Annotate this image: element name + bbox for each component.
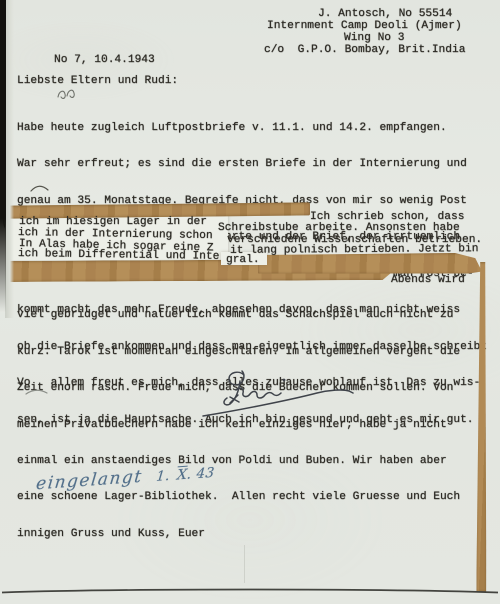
body-line: Habe heute zugleich Luftpostbriefe v. 11… [17,122,487,134]
censored-left-line: ich beim Differential und Inte [18,248,220,263]
body-line: War sehr erfreut; es sind die ersten Bri… [17,158,487,170]
censored-right-line: gral. [226,254,260,266]
sender-line: J. Antosch, No 55514 [318,8,452,20]
sender-line: c/o G.P.O. Bombay, Brit.India [264,44,465,56]
censored-right-line: Schreibstube arbeite. Ansonsten habe [218,222,460,234]
scan-left-border [0,0,6,312]
body-line: Zeit enorm rasch. Freue mich, dass die B… [17,382,460,394]
body-line: innigen Gruss und Kuss, Euer [17,528,460,540]
censored-right-line: it lang polnisch betrieben. Jetzt bin [230,243,478,257]
body-line: kurz. Tarok ist momentan eingeschlafen. … [17,346,460,358]
censored-right-line: Ich schrieb schon, dass [310,211,464,223]
fold-crease [244,545,245,583]
body-line: eine schoene Lager-Bibliothek. Allen rec… [17,491,460,503]
received-day: 1. [155,468,171,485]
salutation: Liebste Eltern und Rudi: [17,75,178,87]
paper-left-edge [5,0,14,318]
paragraph-2: viel gebridget und natuerlich kommt das … [17,285,460,565]
body-line: einmal ein anstaendiges Bild von Poldi u… [17,455,460,467]
censored-left-line: ich im hiesigen Lager in der [19,216,207,228]
letter-scan: J. Antosch, No 55514 Internment Camp Deo… [0,0,500,604]
bottom-scan-line [2,590,498,593]
letter-number-date: No 7, 10.4.1943 [54,54,155,66]
received-year: . 43 [186,465,215,483]
sender-line: Internment Camp Deoli (Ajmer) [267,20,462,32]
body-line: meinen Privatbuechern habe ich kein einz… [17,419,460,431]
body-line: viel gebridget und natuerlich kommt das … [17,309,460,321]
sender-line: Wing No 3 [344,32,404,44]
abends-line: Abends wird [391,274,465,286]
